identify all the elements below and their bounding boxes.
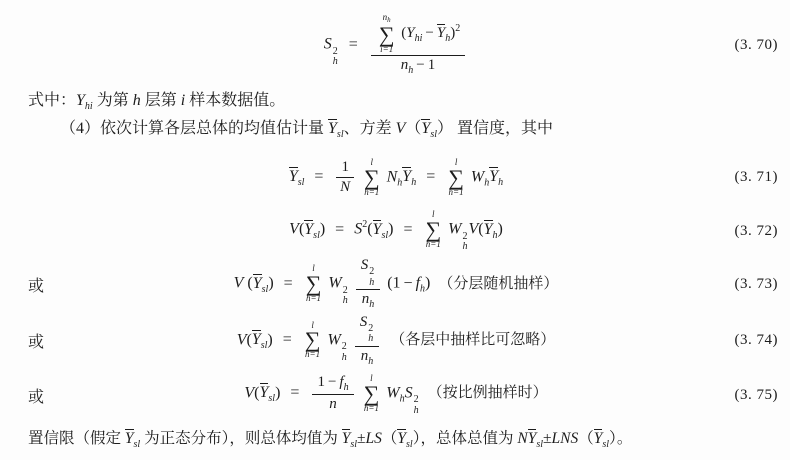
paren: ) (268, 275, 273, 292)
y-bar-sl: Ysl (289, 168, 305, 185)
math-token: W (471, 168, 484, 185)
paragraph-text: 层第 (141, 92, 181, 109)
equation-caption: （各层中抽样比可忽略） (390, 332, 555, 348)
equation-number-3-71: (3. 71) (712, 169, 778, 186)
paren: ) (498, 221, 503, 238)
equation-number-3-73: (3. 73) (712, 276, 778, 293)
equation-caption: （分层随机抽样） (438, 276, 558, 292)
plus-minus-sign: ± (543, 430, 552, 447)
paren: ） (437, 120, 453, 137)
sigma-symbol: ∑ (364, 168, 380, 188)
paragraph-text: 式中： (28, 92, 76, 109)
fraction-numerator: S2h (355, 314, 380, 347)
equation-3-74-math: V(Ysl) = l∑h=1 W2h S2h nh （各层中抽样比可忽略） (80, 314, 712, 368)
math-token: sl (536, 439, 543, 450)
math-token: h (369, 299, 374, 310)
sigma-symbol: ∑ (364, 384, 380, 404)
summation-lower-limit: h=1 (305, 350, 320, 360)
paren: ） (609, 430, 617, 447)
y-bar-sl: Ysl (253, 275, 269, 292)
fraction: nh ∑ i=1 (Yhi−Yh)2 nh−1 (371, 13, 465, 77)
paragraph-text: 。 (617, 430, 633, 447)
math-token: h (344, 382, 349, 393)
math-token: V (468, 221, 478, 238)
y-bar-sl: Ysl (421, 120, 437, 137)
equation-3-72-math: V(Ysl) = S2(Ysl) = l∑h=1 W2hV(Yh) (80, 210, 712, 252)
math-token: 1 (393, 275, 401, 292)
summation: l∑h=1 (425, 210, 441, 250)
summation: l∑h=1 (306, 264, 322, 304)
math-token: V (234, 275, 244, 292)
math-token: h (462, 242, 467, 253)
math-token: LNS (552, 430, 579, 447)
fraction-numerator: S2h (356, 257, 381, 290)
math-token: sl (313, 230, 320, 241)
math-token: sl (298, 178, 305, 189)
paragraph-text: 置信度，其中 (453, 120, 553, 137)
y-bar-sl: Ysl (125, 430, 140, 447)
equation-3-70: S2h = nh ∑ i=1 (Yhi−Yh)2 nh−1 (3. 70) (28, 4, 778, 86)
math-token: h (498, 178, 503, 189)
paragraph-text: 、方差 (344, 120, 396, 137)
equation-3-70-math: S2h = nh ∑ i=1 (Yhi−Yh)2 nh−1 (80, 13, 712, 77)
paragraph-text: ，总体总值为 (420, 430, 517, 447)
y-bar: Yh (402, 168, 416, 185)
math-token: sl (337, 129, 344, 140)
sup-sub-stack: 2h (342, 342, 347, 363)
y-bar-sl: Ysl (373, 221, 389, 238)
paragraph-text: 样本数据值。 (185, 92, 285, 109)
math-token: 2 (342, 342, 347, 353)
paren: ) (267, 331, 272, 348)
fraction-numerator: 1 (336, 159, 354, 178)
fraction: 1−fh n (312, 374, 353, 414)
sup-sub-stack: 2h (414, 395, 419, 416)
paren: （ (578, 430, 594, 447)
math-token: sl (406, 439, 413, 450)
minus-sign: − (325, 374, 339, 390)
plus-minus-sign: ± (357, 430, 366, 447)
equation-number-3-74: (3. 74) (712, 332, 778, 349)
summation-lower-limit: h=1 (306, 294, 321, 304)
paragraph-where-clause: 式中：Yhi 为第 h 层第 i 样本数据值。 (28, 90, 778, 118)
math-token: Y (252, 330, 261, 348)
sigma-symbol: ∑ (305, 330, 321, 350)
math-token: h (342, 353, 347, 364)
math-token: 1 (428, 57, 436, 73)
math-token: W (386, 384, 399, 401)
paragraph-text: （4）依次计算各层总体的均值估计量 (60, 120, 328, 137)
y-bar-sl: Ysl (397, 430, 412, 447)
math-token: V (244, 384, 254, 401)
fraction-numerator: nh ∑ i=1 (Yhi−Yh)2 (371, 13, 465, 56)
summation: l∑h=1 (305, 321, 321, 361)
math-token: Y (76, 92, 85, 109)
equals-sign: = (420, 168, 441, 185)
math-token: S (354, 221, 362, 238)
summation: l∑h=1 (364, 158, 380, 198)
sigma-symbol: ∑ (379, 25, 395, 45)
minus-sign: − (401, 275, 416, 292)
equation-caption: （按比例抽样时） (428, 385, 548, 401)
fraction-denominator: nh−1 (401, 56, 435, 77)
sup-sub-stack: 2h (343, 286, 348, 307)
math-token: h (333, 57, 338, 68)
paragraph-text: 为正态分布），则总体均值为 (140, 430, 342, 447)
summation-lower-limit: i=1 (380, 45, 393, 55)
equation-number-3-75: (3. 75) (712, 387, 778, 404)
sup-sub-stack: 2h (369, 267, 374, 288)
paragraph-step-4: （4）依次计算各层总体的均值估计量 Ysl、方差 V（Ysl） 置信度，其中 (28, 118, 778, 146)
sup-sub-stack: 2h (368, 324, 373, 345)
math-token: 2 (455, 23, 460, 34)
fraction-denominator: nh (361, 347, 374, 368)
math-token: Y (328, 119, 337, 137)
math-token: W (448, 221, 461, 238)
fraction-denominator: n (329, 395, 337, 413)
fraction: S2h nh (355, 314, 380, 368)
math-token: h (343, 296, 348, 307)
summation: l∑h=1 (364, 374, 380, 414)
equals-sign: = (343, 36, 364, 53)
y-bar-sl: Ysl (328, 120, 344, 137)
summation-lower-limit: h=1 (449, 188, 464, 198)
minus-sign: − (422, 25, 436, 41)
math-token: sl (350, 439, 357, 450)
equation-3-74: 或 V(Ysl) = l∑h=1 W2h S2h nh （各层中抽样比可忽略） … (28, 313, 778, 369)
equation-number-3-70: (3. 70) (712, 37, 778, 54)
y-bar: Yh (437, 25, 450, 41)
equation-3-73: 或 V (Ysl) = l∑h=1 W2h S2h nh (1−fh) （分层随… (28, 256, 778, 313)
sup-sub-stack: 2h (462, 232, 467, 253)
math-token: N (387, 168, 398, 185)
paragraph-text: 为第 (93, 92, 133, 109)
paren: （ (405, 120, 421, 137)
math-token: S (405, 384, 413, 401)
y-bar-sl: Ysl (260, 384, 276, 401)
summation-lower-limit: h=1 (426, 240, 441, 250)
equation-3-71: Ysl = 1N l∑h=1 NhYh = l∑h=1 WhYh (3. 71) (28, 148, 778, 207)
y-bar-sl: Ysl (252, 331, 268, 348)
math-token: hi (85, 101, 93, 112)
math-token: Y (437, 24, 445, 41)
paragraph-confidence-limit: 置信限（假定 Ysl 为正态分布），则总体均值为 Ysl±LS（Ysl），总体总… (28, 428, 778, 456)
summation-lower-limit: h=1 (364, 188, 379, 198)
paragraph-text: 置信限（假定 (28, 430, 125, 447)
or-label: 或 (28, 384, 80, 407)
y-bar-sl: Ysl (304, 221, 320, 238)
y-bar-sl: Ysl (528, 430, 543, 447)
textbook-page: S2h = nh ∑ i=1 (Yhi−Yh)2 nh−1 (3. 70) 式中… (0, 0, 790, 460)
math-token: Y (125, 429, 134, 447)
equals-sign: = (308, 168, 329, 185)
paren: ) (275, 384, 280, 401)
y-bar: Yh (484, 221, 498, 238)
or-label: 或 (28, 273, 80, 296)
math-token: S (360, 314, 368, 330)
math-token: S (361, 257, 369, 273)
fraction: S2h nh (356, 257, 381, 311)
math-token: V (396, 120, 406, 137)
equation-3-73-math: V (Ysl) = l∑h=1 W2h S2h nh (1−fh) （分层随机抽… (80, 257, 712, 311)
fraction-denominator: N (340, 178, 350, 196)
y-bar: Yh (489, 168, 503, 185)
math-token: sl (430, 129, 437, 140)
fraction: 1N (336, 159, 354, 197)
math-token: Y (402, 167, 411, 185)
equals-sign: = (397, 221, 418, 238)
summation: nh ∑ i=1 (379, 13, 395, 54)
y-bar-sl: Ysl (342, 430, 357, 447)
or-label: 或 (28, 329, 80, 352)
math-token: Y (484, 220, 493, 238)
math-token: Y (253, 274, 262, 292)
math-token: N (517, 430, 527, 447)
math-token: LS (366, 430, 382, 447)
equation-3-71-math: Ysl = 1N l∑h=1 NhYh = l∑h=1 WhYh (80, 158, 712, 198)
paren: ) (388, 221, 393, 238)
math-token: h (414, 406, 419, 417)
minus-sign: − (413, 57, 427, 73)
equals-sign: = (277, 331, 298, 348)
paren: ) (425, 275, 430, 292)
equation-3-72: V(Ysl) = S2(Ysl) = l∑h=1 W2hV(Yh) (3. 72… (28, 207, 778, 256)
math-token: h (411, 178, 416, 189)
math-token: W (327, 331, 340, 348)
math-token: 1 (317, 374, 325, 390)
equation-3-75: 或 V(Ysl) = 1−fh n l∑h=1 WhS2h （按比例抽样时） (… (28, 368, 778, 422)
equation-number-3-72: (3. 72) (712, 223, 778, 240)
math-token: h (368, 356, 373, 367)
equals-sign: = (284, 384, 305, 401)
equals-sign: = (278, 275, 299, 292)
summation: l∑h=1 (448, 158, 464, 198)
sigma-symbol: ∑ (306, 274, 322, 294)
math-token: S (324, 36, 332, 53)
paren: （ (382, 430, 398, 447)
equation-3-75-math: V(Ysl) = 1−fh n l∑h=1 WhS2h （按比例抽样时） (80, 374, 712, 417)
math-token: Y (397, 429, 406, 447)
summation-lower-limit: h=1 (364, 404, 379, 414)
math-token: W (328, 275, 341, 292)
math-token: Y (421, 119, 430, 137)
equals-sign: = (329, 221, 350, 238)
math-token: V (289, 221, 299, 238)
math-token: h (369, 278, 374, 289)
fraction-numerator: 1−fh (312, 374, 353, 396)
math-token: Y (304, 220, 313, 238)
sigma-symbol: ∑ (425, 220, 441, 240)
math-token: h (133, 92, 141, 109)
fraction-denominator: nh (362, 290, 375, 311)
sigma-symbol: ∑ (448, 168, 464, 188)
math-token: Y (489, 167, 498, 185)
math-token: Y (289, 167, 298, 185)
sup-sub-stack: 2h (333, 47, 338, 68)
y-bar-sl: Ysl (594, 430, 609, 447)
math-token: h (368, 334, 373, 345)
paren: ) (320, 221, 325, 238)
math-token: Y (406, 25, 414, 41)
